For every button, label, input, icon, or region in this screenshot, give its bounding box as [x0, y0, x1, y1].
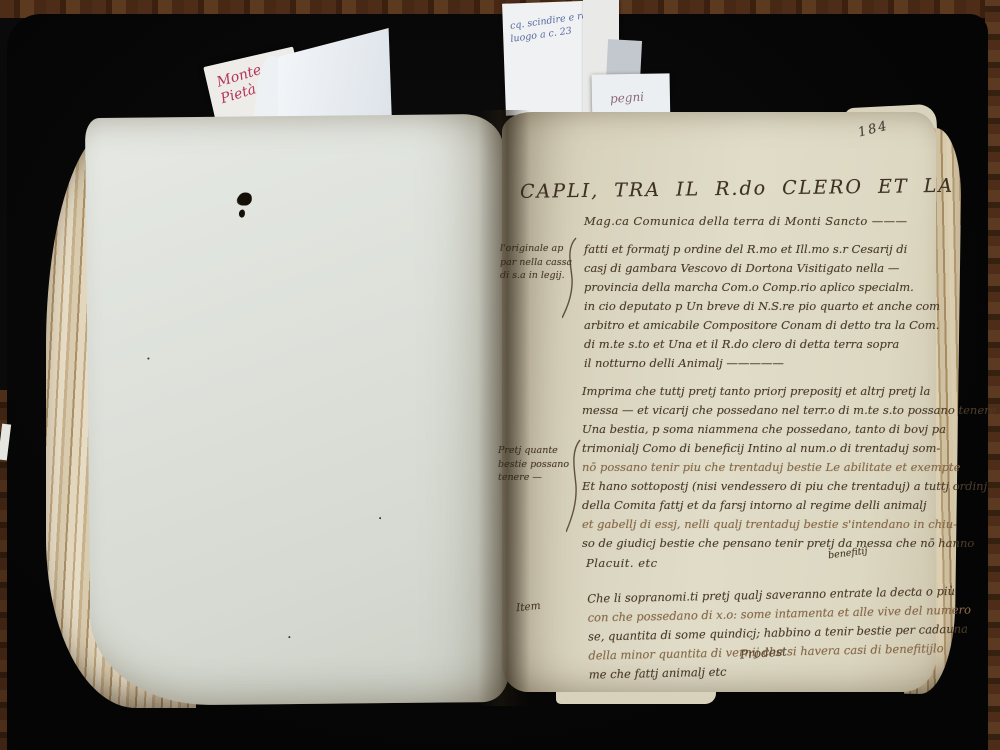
manuscript-line: di m.te s.to et Una et il R.do clero di …	[584, 335, 920, 354]
manuscript-line: so de giudicj bestie che pensano tenir p…	[582, 534, 922, 553]
speck	[147, 358, 149, 360]
manuscript-line: della Comita fattj et da farsj intorno a…	[582, 496, 922, 515]
margin-note-line: di s.a in legij.	[500, 269, 582, 283]
margin-note: l'originale ap par nella cassa di s.a in…	[500, 242, 582, 283]
paragraph: Che li sopranomi.ti pretj qualj saverann…	[587, 582, 929, 684]
right-page-manuscript: 184 CAPLI, TRA IL R.do CLERO ET LA Mag.c…	[502, 112, 936, 692]
manuscript-line: casj di gambara Vescovo di Dortona Visit…	[584, 259, 920, 278]
manuscript-line: nō possano tenir piu che trentaduj besti…	[582, 458, 922, 477]
margin-note-line: l'originale ap	[500, 242, 582, 256]
manuscript-line: Una bestia, p soma niammena che possedan…	[582, 420, 922, 439]
manuscript-line: fatti et formatj p ordine del R.mo et Il…	[584, 240, 920, 259]
manuscript-photo: Monte della Pietà cq. scindire e ramj lu…	[0, 0, 1000, 750]
margin-note-line: tenere —	[498, 471, 580, 485]
paragraph: Imprima che tuttj pretj tanto priorj pre…	[582, 382, 922, 553]
manuscript-line: messa — et vicarij che possedano nel ter…	[582, 401, 922, 420]
manuscript-line: in cio deputato p Un breve di N.S.re pio…	[584, 297, 920, 316]
speck	[288, 636, 290, 638]
margin-note-line: Pretj quante	[498, 444, 580, 458]
margin-note-line: par nella cassa	[500, 256, 582, 270]
margin-note-line: bestie possano	[498, 458, 580, 472]
chapter-title: CAPLI, TRA IL R.do CLERO ET LA	[520, 175, 924, 203]
manuscript-line: arbitro et amicabile Compositore Conam d…	[584, 316, 920, 335]
bookmark-text: pegni	[610, 88, 671, 106]
folio-number: 184	[857, 118, 891, 140]
manuscript-line: il notturno delli Animalj —————	[584, 354, 920, 373]
ink-blot	[238, 192, 252, 205]
ink-blot	[239, 210, 245, 218]
manuscript-line: et gabellj di essj, nelli qualj trentadu…	[582, 515, 922, 534]
placuit-formula: Placuit. etc	[586, 556, 658, 570]
margin-note: Pretj quante bestie possano tenere —	[498, 444, 580, 485]
manuscript-line: Imprima che tuttj pretj tanto priorj pre…	[582, 382, 922, 401]
manuscript-line: provincia della marcha Com.o Comp.rio ap…	[584, 278, 920, 297]
left-page-blank	[85, 114, 509, 706]
chapter-subtitle: Mag.ca Comunica della terra di Monti San…	[584, 214, 907, 228]
manuscript-line: Et hano sottopostj (nisi vendessero di p…	[582, 477, 922, 496]
paragraph: fatti et formatj p ordine del R.mo et Il…	[584, 240, 920, 373]
manuscript-line: trimonialj Como di beneficij Intino al n…	[582, 439, 922, 458]
speck	[379, 517, 381, 519]
margin-note-line: Item	[516, 594, 599, 616]
margin-note: Item	[516, 594, 599, 616]
